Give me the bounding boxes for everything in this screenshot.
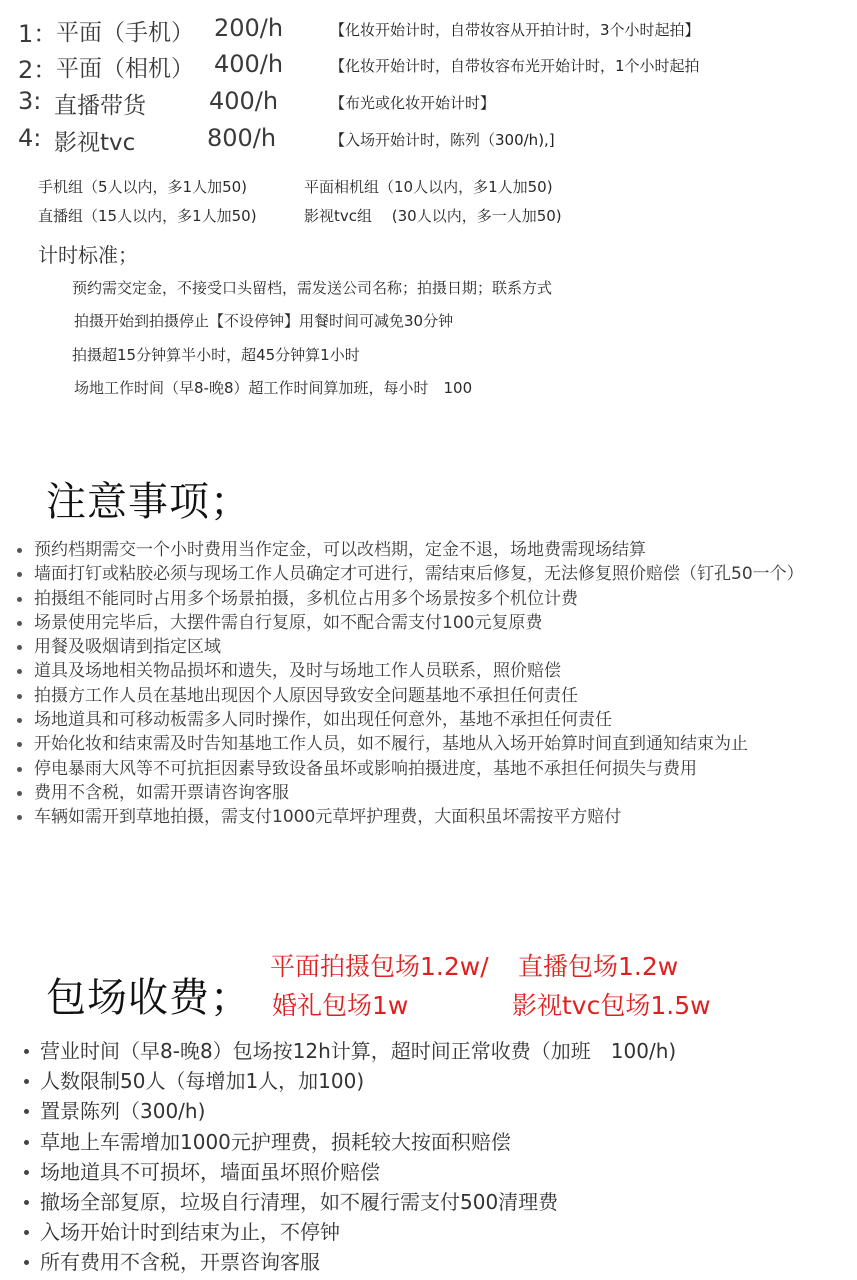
notes-item: 墙面打钉或粘胶必须与现场工作人员确定才可进行，需结束后修复，无法修复照价赔偿（钉… — [14, 562, 804, 586]
notes-item: 道具及场地相关物品损坏和遗失，及时与场地工作人员联系，照价赔偿 — [14, 659, 804, 683]
price-item-name: 直播带货 — [54, 87, 146, 120]
notes-item: 开始化妆和结束需及时告知基地工作人员，如不履行，基地从入场开始算时间直到通知结束… — [14, 732, 804, 756]
buyout-item: 营业时间（早8-晚8）包场按12h计算，超时间正常收费（加班 100/h) — [22, 1036, 676, 1066]
group-camera: 平面相机组（10人以内，多1人加50) — [304, 176, 553, 197]
price-item-name: 平面（手机） — [56, 14, 194, 47]
buyout-title: 包场收费； — [46, 966, 251, 1023]
buyout-item: 草地上车需增加1000元护理费，损耗较大按面积赔偿 — [22, 1127, 676, 1157]
price-row-tvc: 4: 影视tvc 800/h 【入场开始计时，陈列（300/h),] — [18, 124, 857, 156]
price-note: 【布光或化妆开始计时】 — [330, 92, 495, 113]
price-row-phone: 1： 平面（手机） 200/h 【化妆开始计时，自带妆容从开拍计时，3个小时起拍… — [18, 14, 857, 46]
timing-item: 预约需交定金，不接受口头留档，需发送公司名称；拍摄日期；联系方式 — [72, 277, 552, 298]
group-livestream: 直播组（15人以内，多1人加50) — [38, 205, 257, 226]
price-item-name: 平面（相机） — [56, 50, 194, 83]
timing-title: 计时标准； — [38, 239, 138, 268]
buyout-item: 撤场全部复原，垃圾自行清理，如不履行需支付500清理费 — [22, 1187, 676, 1217]
buyout-item: 所有费用不含税，开票咨询客服 — [22, 1247, 676, 1277]
notes-item: 预约档期需交一个小时费用当作定金，可以改档期，定金不退，场地费需现场结算 — [14, 538, 804, 562]
price-note: 【入场开始计时，陈列（300/h),] — [330, 129, 555, 150]
notes-item: 拍摄方工作人员在基地出现因个人原因导致安全问题基地不承担任何责任 — [14, 684, 804, 708]
price-number: 2： — [18, 50, 57, 85]
timing-item: 拍摄超15分钟算半小时，超45分钟算1小时 — [72, 344, 360, 365]
notes-item: 停电暴雨大风等不可抗拒因素导致设备虽坏或影响拍摄进度，基地不承担任何损失与费用 — [14, 757, 804, 781]
price-note: 【化妆开始计时，自带妆容布光开始计时，1个小时起拍 — [330, 55, 700, 76]
buyout-item: 置景陈列（300/h) — [22, 1096, 676, 1126]
notes-item: 场地道具和可移动板需多人同时操作，如出现任何意外，基地不承担任何责任 — [14, 708, 804, 732]
price-note: 【化妆开始计时，自带妆容从开拍计时，3个小时起拍】 — [330, 19, 700, 40]
price-number: 3: — [18, 87, 41, 115]
price-rate: 400/h — [209, 87, 278, 115]
buyout-item: 入场开始计时到结束为止，不停钟 — [22, 1217, 676, 1247]
buyout-item: 人数限制50人（每增加1人，加100) — [22, 1066, 676, 1096]
notes-item: 场景使用完毕后，大摆件需自行复原，如不配合需支付100元复原费 — [14, 611, 804, 635]
price-rate: 200/h — [214, 14, 283, 42]
price-number: 1： — [18, 14, 57, 49]
buyout-item: 场地道具不可损坏，墙面虽坏照价赔偿 — [22, 1157, 676, 1187]
price-row-camera: 2： 平面（相机） 400/h 【化妆开始计时，自带妆容布光开始计时，1个小时起… — [18, 50, 857, 82]
notes-item: 拍摄组不能同时占用多个场景拍摄，多机位占用多个场景按多个机位计费 — [14, 587, 804, 611]
package-tvc: 影视tvc包场1.5w — [512, 986, 711, 1022]
price-number: 4: — [18, 124, 41, 152]
timing-item: 拍摄开始到拍摄停止【不设停钟】用餐时间可减免30分钟 — [74, 310, 453, 331]
group-tvc: 影视tvc组 (30人以内，多一人加50) — [304, 205, 562, 226]
price-rate: 400/h — [214, 50, 283, 78]
price-rate: 800/h — [207, 124, 276, 152]
timing-item: 场地工作时间（早8-晚8）超工作时间算加班，每小时 100 — [74, 377, 472, 398]
notes-item: 车辆如需开到草地拍摄，需支付1000元草坪护理费，大面积虽坏需按平方赔付 — [14, 805, 804, 829]
price-row-livestream: 3: 直播带货 400/h 【布光或化妆开始计时】 — [18, 87, 857, 119]
package-livestream: 直播包场1.2w — [518, 947, 678, 983]
buyout-list: 营业时间（早8-晚8）包场按12h计算，超时间正常收费（加班 100/h) 人数… — [22, 1036, 676, 1278]
notes-item: 费用不含税，如需开票请咨询客服 — [14, 781, 804, 805]
group-phone: 手机组（5人以内，多1人加50) — [38, 176, 247, 197]
package-wedding: 婚礼包场1w — [272, 986, 408, 1022]
package-photo: 平面拍摄包场1.2w/ — [270, 947, 489, 983]
notes-list: 预约档期需交一个小时费用当作定金，可以改档期，定金不退，场地费需现场结算 墙面打… — [14, 538, 804, 830]
price-item-name: 影视tvc — [54, 124, 135, 157]
notes-item: 用餐及吸烟请到指定区域 — [14, 635, 804, 659]
notes-title: 注意事项； — [46, 470, 251, 527]
